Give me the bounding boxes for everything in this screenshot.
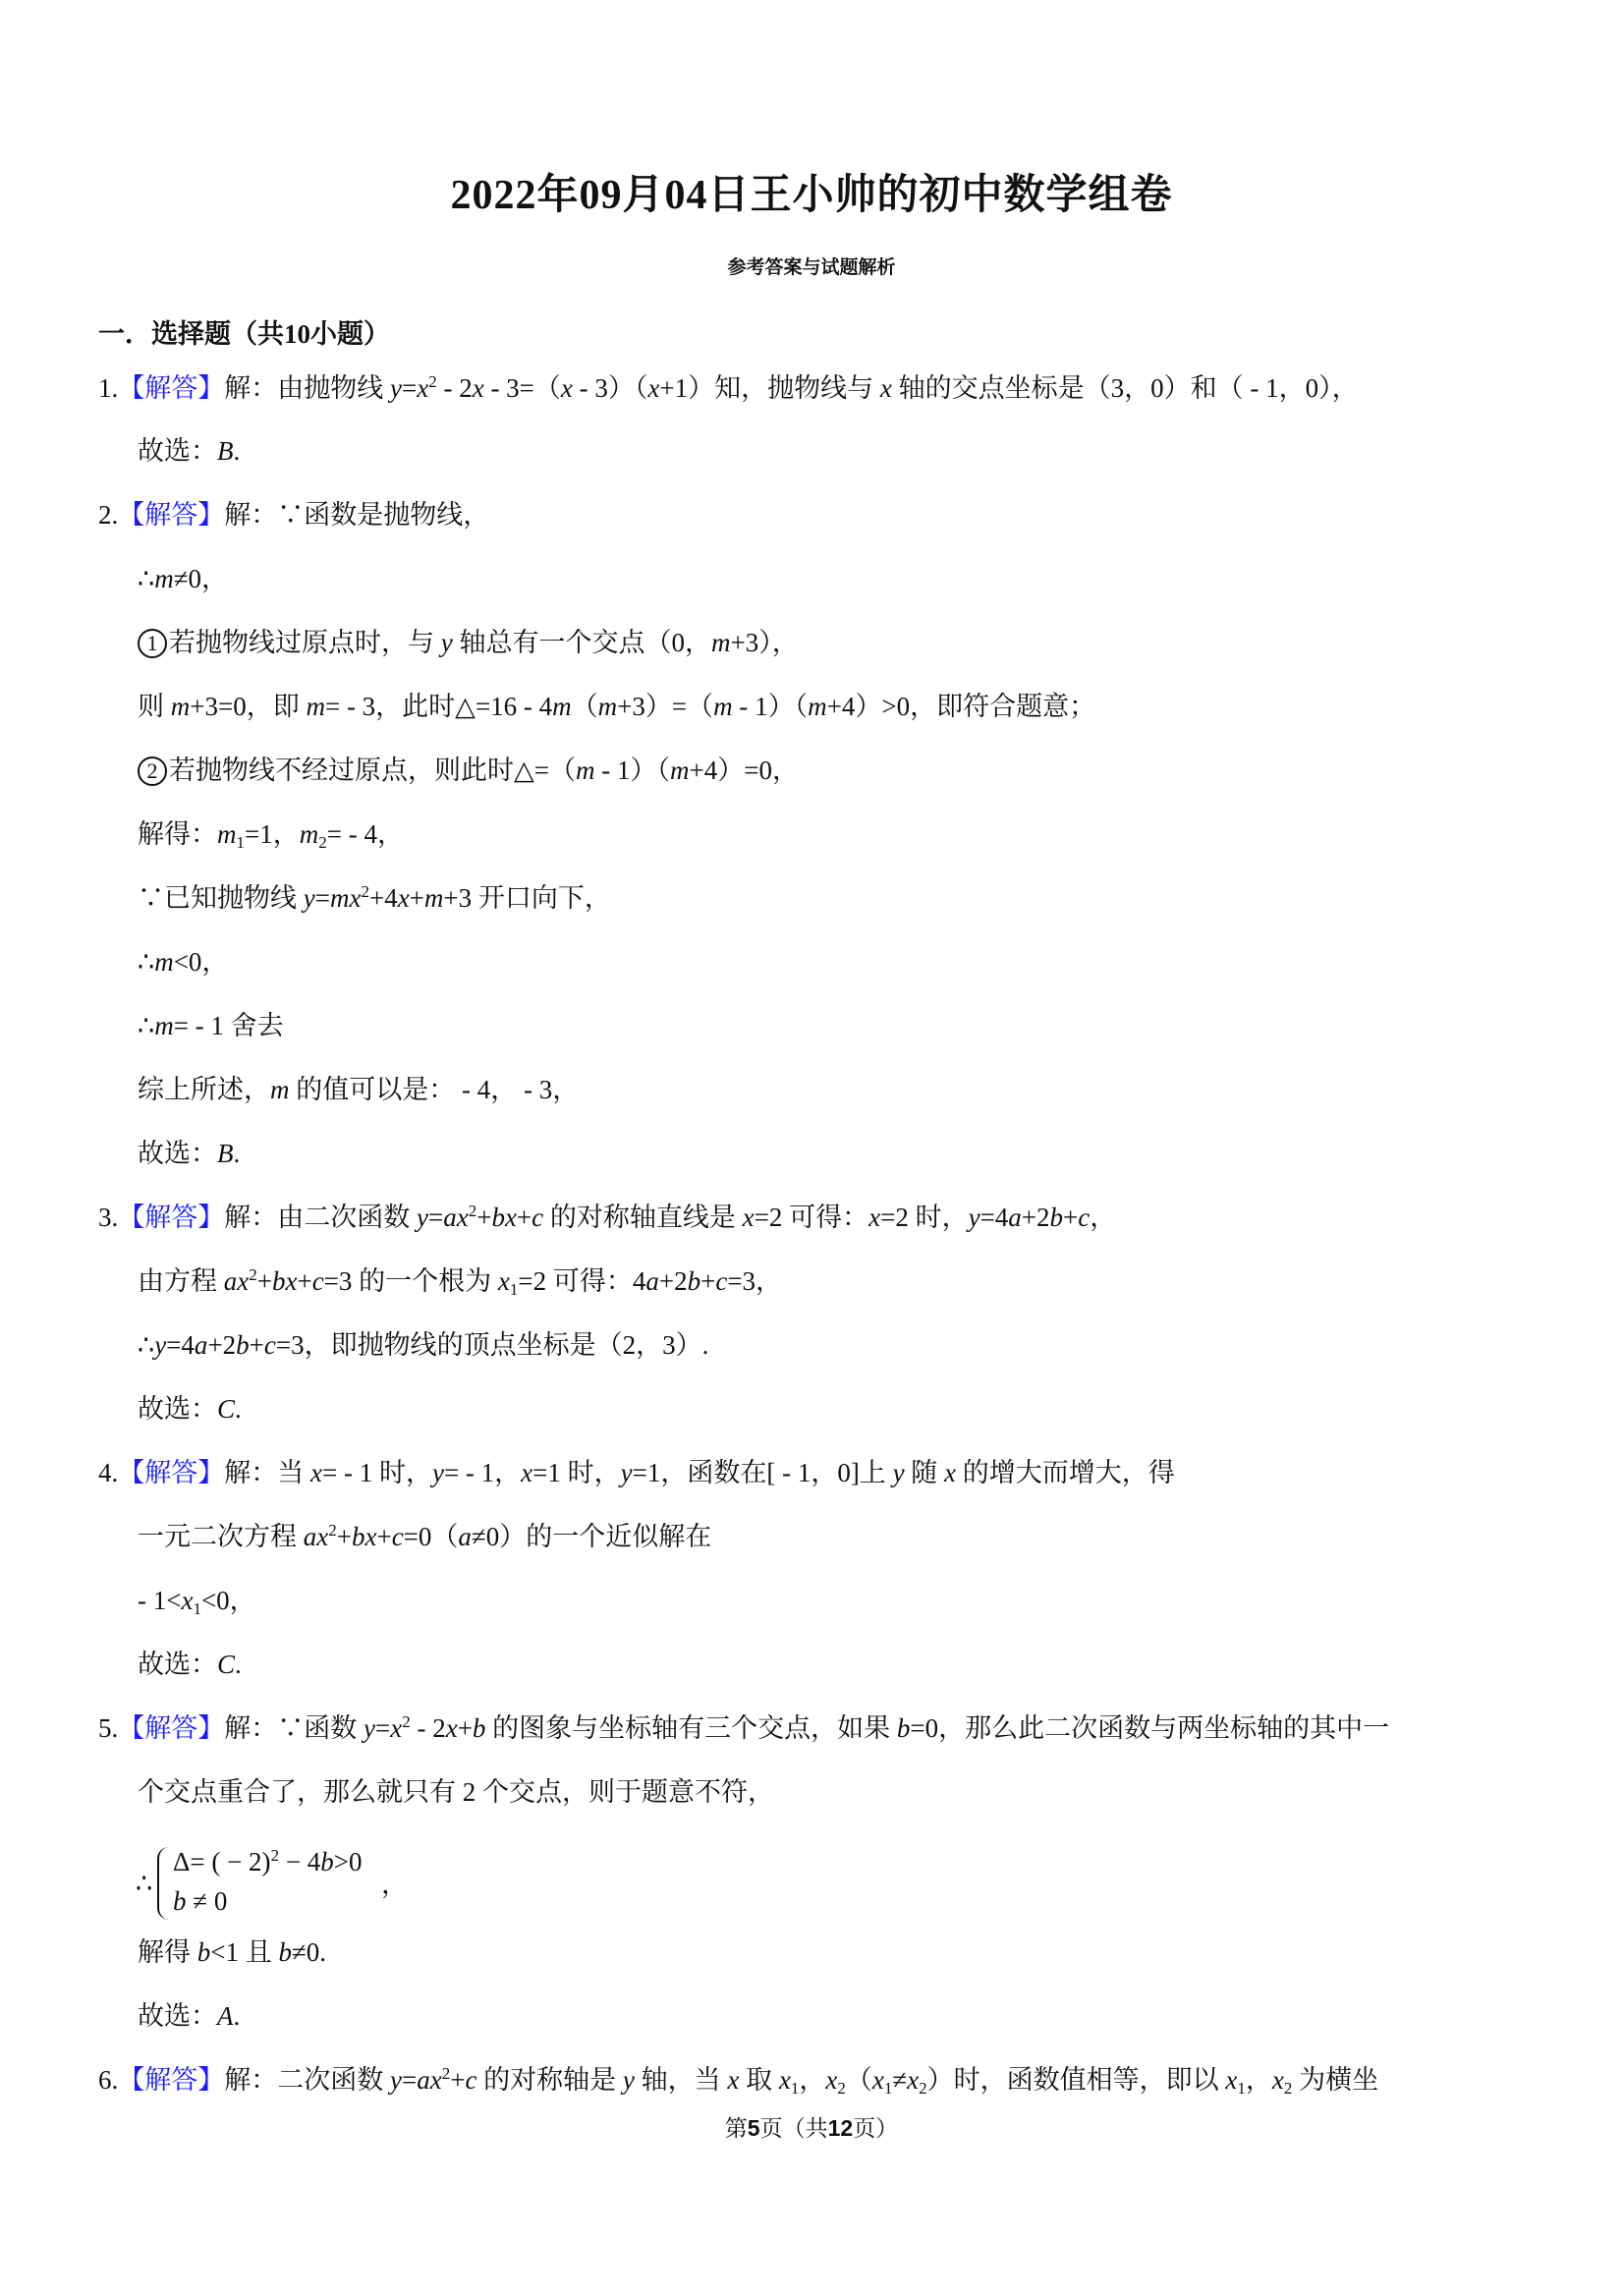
question-number: 4. [98, 1456, 118, 1489]
question-number: 2. [98, 498, 118, 532]
question-2-line-7: ∵已知抛物线 y=mx2+4x+m+3 开口向下， [138, 881, 611, 915]
system-row-1: Δ= ( − 2)2 − 4b>0 [173, 1847, 363, 1877]
total-pages: 12 [828, 2115, 854, 2141]
question-2-line-11: 故选：B. [138, 1137, 240, 1170]
question-2-line-3: 1若抛物线过原点时，与 y 轴总有一个交点（0，m+3）， [138, 626, 799, 659]
answer-tag: 【解答】 [118, 1713, 224, 1743]
section-heading: 一．选择题（共10小题） [98, 312, 390, 351]
question-6-line-1: 6.【解答】解：二次函数 y=ax2+c 的对称轴是 y 轴，当 x 取 x1，… [98, 2063, 1378, 2097]
question-5-text: 解：∵函数 y=x2 - 2x+b 的图象与坐标轴有三个交点，如果 b=0，那么… [224, 1713, 1389, 1743]
question-4-text: 解：当 x= - 1 时，y= - 1，x=1 时，y=1，函数在[ - 1，0… [224, 1458, 1175, 1487]
question-number: 3. [98, 1201, 118, 1234]
question-5-line-4: 解得 b<1 且 b≠0. [138, 1935, 326, 1969]
current-page: 5 [748, 2115, 760, 2141]
question-2-line-8: ∴m<0， [138, 945, 228, 979]
question-3-line-1: 3.【解答】解：由二次函数 y=ax2+bx+c 的对称轴直线是 x=2 可得：… [98, 1201, 1116, 1234]
answer-tag: 【解答】 [118, 500, 224, 530]
page-subtitle: 参考答案与试题解析 [0, 252, 1623, 279]
system-row-2: b ≠ 0 [173, 1886, 227, 1917]
question-4-line-3: - 1<x1<0， [138, 1584, 256, 1617]
footer-prefix: 第 [725, 2116, 748, 2141]
question-2-line-9: ∴m= - 1 舍去 [138, 1009, 284, 1042]
question-5-line-1: 5.【解答】解：∵函数 y=x2 - 2x+b 的图象与坐标轴有三个交点，如果 … [98, 1711, 1389, 1745]
question-2-line-2: ∴m≠0， [138, 562, 228, 595]
therefore-symbol: ∴ [136, 1869, 152, 1899]
document-page: 2022年09月04日王小帅的初中数学组卷 参考答案与试题解析 一．选择题（共1… [0, 0, 1623, 2296]
question-4-line-1: 4.【解答】解：当 x= - 1 时，y= - 1，x=1 时，y=1，函数在[… [98, 1456, 1175, 1489]
answer-tag: 【解答】 [118, 373, 224, 403]
footer-suffix: 页） [853, 2116, 898, 2141]
answer-tag: 【解答】 [118, 2065, 224, 2095]
question-5-line-2: 个交点重合了，那么就只有 2 个交点，则于题意不符， [138, 1775, 774, 1809]
page-title: 2022年09月04日王小帅的初中数学组卷 [0, 162, 1623, 221]
question-3-line-2: 由方程 ax2+bx+c=3 的一个根为 x1=2 可得：4a+2b+c=3， [138, 1264, 782, 1298]
question-3-text: 解：由二次函数 y=ax2+bx+c 的对称轴直线是 x=2 可得：x=2 时，… [224, 1203, 1116, 1232]
question-4-line-2: 一元二次方程 ax2+bx+c=0（a≠0）的一个近似解在 [138, 1520, 711, 1553]
question-2-text: 解：∵函数是抛物线， [224, 500, 489, 530]
left-brace [157, 1847, 171, 1920]
comma: ， [381, 1863, 408, 1901]
question-2-line-10: 综上所述，m 的值可以是： - 4， - 3， [138, 1073, 579, 1106]
question-number: 1. [98, 371, 118, 405]
question-number: 6. [98, 2063, 118, 2097]
question-2-line-1: 2.【解答】解：∵函数是抛物线， [98, 498, 489, 532]
footer-mid: 页（共 [760, 2116, 828, 2141]
answer-tag: 【解答】 [118, 1203, 224, 1232]
question-3-line-4: 故选：C. [138, 1392, 242, 1426]
answer-tag: 【解答】 [118, 1458, 224, 1487]
question-number: 5. [98, 1711, 118, 1745]
question-6-text: 解：二次函数 y=ax2+c 的对称轴是 y 轴，当 x 取 x1，x2（x1≠… [224, 2065, 1378, 2095]
question-1-line-1: 1.【解答】解：由抛物线 y=x2 - 2x - 3=（x - 3）（x+1）知… [98, 371, 1359, 405]
question-2-line-4: 则 m+3=0，即 m= - 3，此时△=16 - 4m（m+3）=（m - 1… [138, 690, 1095, 723]
question-4-line-4: 故选：C. [138, 1648, 242, 1681]
circled-number-1: 1 [138, 629, 167, 658]
question-2-line-6: 解得：m1=1，m2= - 4， [138, 817, 404, 851]
page-footer: 第5页（共12页） [0, 2110, 1623, 2143]
question-1-text: 解：由抛物线 y=x2 - 2x - 3=（x - 3）（x+1）知，抛物线与 … [224, 373, 1358, 403]
question-3-line-3: ∴y=4a+2b+c=3，即抛物线的顶点坐标是（2，3）. [138, 1328, 708, 1362]
question-5-line-5: 故选：A. [138, 1999, 240, 2033]
question-1-line-2: 故选：B. [138, 434, 240, 468]
question-2-line-5: 2若抛物线不经过原点，则此时△=（m - 1）（m+4）=0， [138, 754, 799, 787]
circled-number-2: 2 [138, 756, 167, 786]
